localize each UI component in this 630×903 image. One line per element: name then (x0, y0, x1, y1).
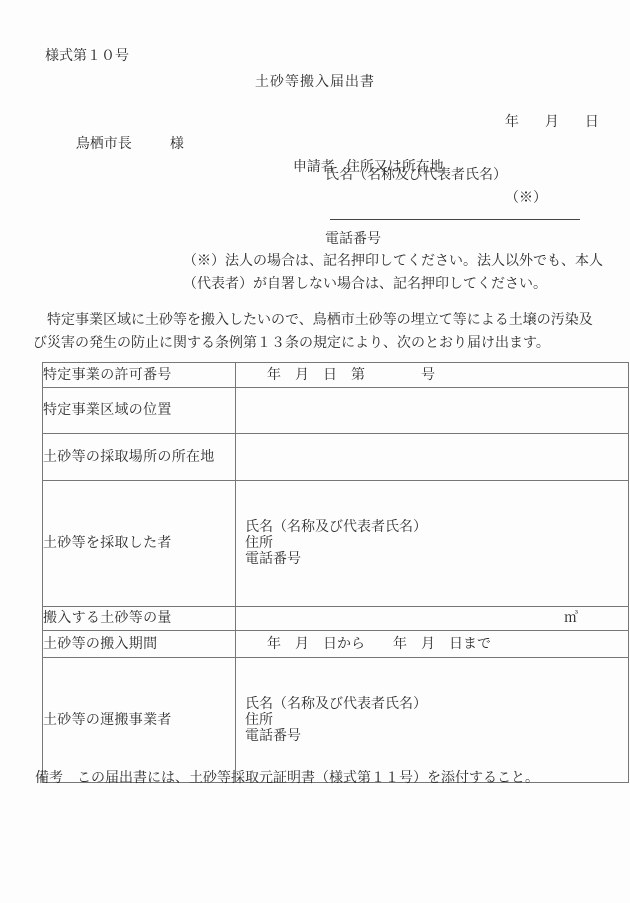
row-label-import-period: 土砂等の搬入期間 (43, 630, 236, 657)
table-row-transporter: 土砂等の運搬事業者 氏名（名称及び代表者氏名） 住所 電話番号 (43, 657, 629, 783)
signature-underline (330, 219, 580, 220)
transporter-address-label: 住所 (245, 712, 628, 728)
transporter-phone-label: 電話番号 (245, 728, 628, 744)
transporter-name-label: 氏名（名称及び代表者氏名） (245, 696, 628, 712)
date-month-label: 月 (545, 114, 559, 130)
row-value-permit-number: 年 月 日 第 号 (236, 363, 629, 388)
extractor-phone-label: 電話番号 (245, 551, 628, 567)
row-value-import-period: 年 月 日から 年 月 日まで (236, 630, 629, 657)
row-label-permit-number: 特定事業の許可番号 (43, 363, 236, 388)
extractor-name-label: 氏名（名称及び代表者氏名） (245, 519, 628, 535)
row-value-extraction-place (236, 434, 629, 481)
applicant-name-label: 氏名（名称及び代表者氏名） (325, 167, 507, 183)
applicant-phone-label: 電話番号 (325, 231, 381, 247)
seal-mark: （※） (505, 190, 547, 206)
remarks-line: 備考 この届出書には、土砂等採取元証明書（様式第１１号）を添付すること。 (35, 770, 539, 786)
row-value-transporter: 氏名（名称及び代表者氏名） 住所 電話番号 (236, 657, 629, 783)
table-row-permit-number: 特定事業の許可番号 年 月 日 第 号 (43, 363, 629, 388)
row-value-extractor: 氏名（名称及び代表者氏名） 住所 電話番号 (236, 481, 629, 607)
date-line: 年月日 (487, 98, 599, 146)
row-label-extraction-place: 土砂等の採取場所の所在地 (43, 434, 236, 481)
table-row-site-location: 特定事業区域の位置 (43, 388, 629, 434)
addressee-honorific: 様 (170, 136, 184, 152)
table-row-extractor: 土砂等を採取した者 氏名（名称及び代表者氏名） 住所 電話番号 (43, 481, 629, 607)
body-paragraph-line2: び災害の発生の防止に関する条例第１３条の規定により、次のとおり届け出ます。 (33, 335, 550, 351)
notification-table: 特定事業の許可番号 年 月 日 第 号 特定事業区域の位置 土砂等の採取場所の所… (42, 362, 629, 783)
row-label-extractor: 土砂等を採取した者 (43, 481, 236, 607)
form-number: 様式第１０号 (45, 48, 129, 64)
row-label-soil-volume: 搬入する土砂等の量 (43, 606, 236, 630)
row-value-soil-volume: ㎥ (236, 606, 629, 630)
document-title: 土砂等搬入届出書 (0, 74, 630, 90)
date-year-label: 年 (505, 114, 519, 130)
document-page: 様式第１０号 土砂等搬入届出書 年月日 鳥栖市長様 申請者住所又は所在地 氏名（… (0, 0, 630, 903)
extractor-address-label: 住所 (245, 535, 628, 551)
date-day-label: 日 (585, 114, 599, 130)
table-row-import-period: 土砂等の搬入期間 年 月 日から 年 月 日まで (43, 630, 629, 657)
table-row-soil-volume: 搬入する土砂等の量 ㎥ (43, 606, 629, 630)
seal-note-line1: （※）法人の場合は、記名押印してください。法人以外でも、本人 (183, 253, 603, 269)
body-paragraph-line1: 特定事業区域に土砂等を搬入したいので、鳥栖市土砂等の埋立て等による土壌の汚染及 (33, 312, 593, 328)
row-value-site-location (236, 388, 629, 434)
row-label-site-location: 特定事業区域の位置 (43, 388, 236, 434)
seal-note-line2: （代表者）が自署しない場合は、記名押印してください。 (183, 276, 547, 292)
table-row-extraction-place: 土砂等の採取場所の所在地 (43, 434, 629, 481)
addressee: 鳥栖市長 (76, 136, 132, 152)
addressee-line: 鳥栖市長様 (58, 120, 184, 168)
row-label-transporter: 土砂等の運搬事業者 (43, 657, 236, 783)
